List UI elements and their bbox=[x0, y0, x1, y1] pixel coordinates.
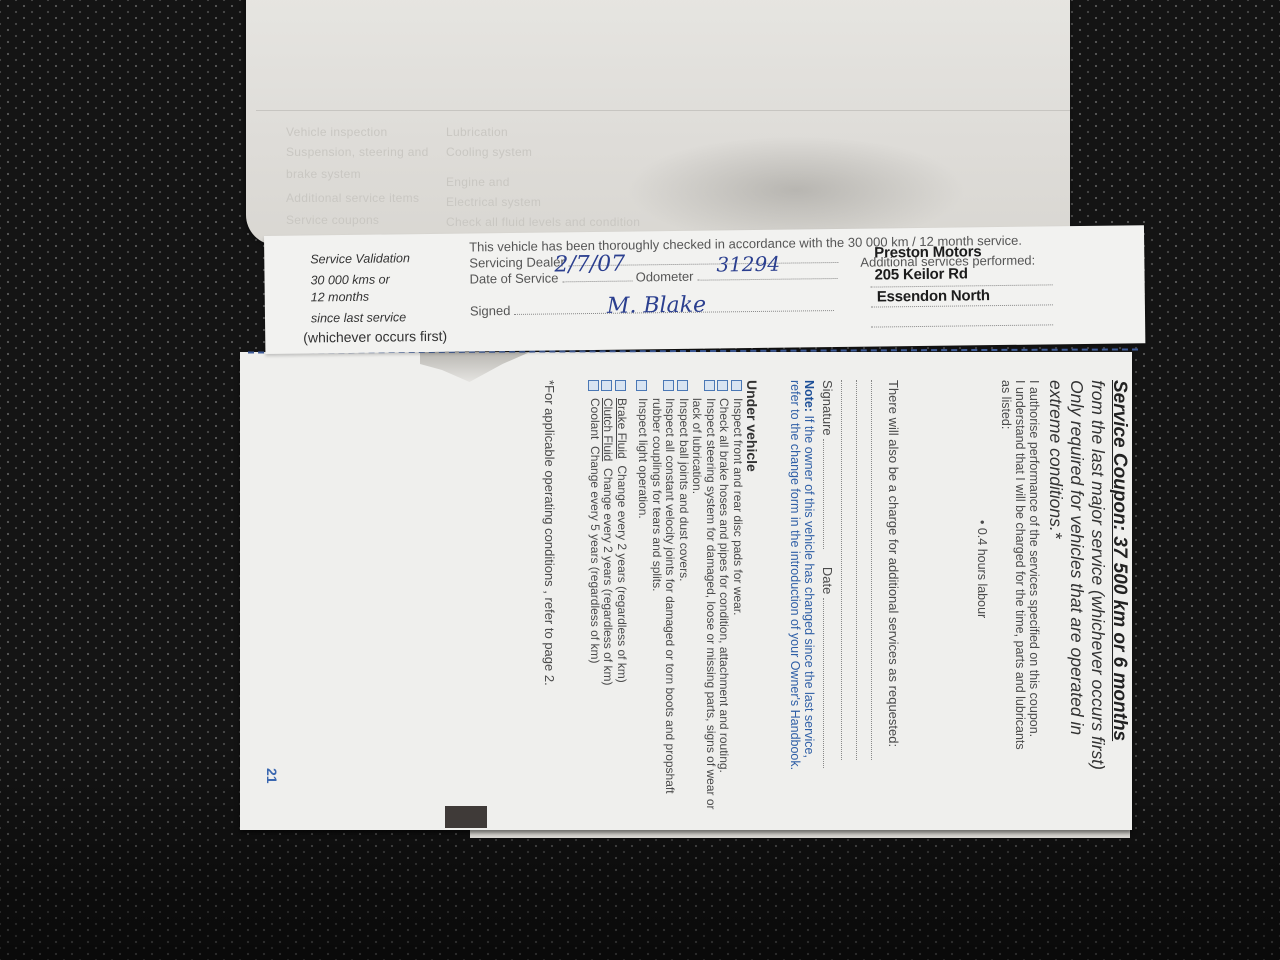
authorise-line: as listed: bbox=[999, 380, 1013, 820]
handwritten-date: 2/7/07 bbox=[554, 252, 625, 278]
authorise-line: I understand that I will be charged for … bbox=[1013, 380, 1027, 820]
ghost-text: Service coupons bbox=[286, 213, 379, 227]
service-validation-coupon: Service Validation 30 000 kms or 12 mont… bbox=[264, 225, 1145, 354]
under-vehicle-checklist: Inspect front and rear disc pads for wea… bbox=[636, 380, 744, 820]
ghost-text: Lubrication bbox=[446, 125, 508, 139]
handwritten-odometer: 31294 bbox=[716, 252, 780, 277]
checklist-item[interactable]: Check all brake hoses and pipes for cond… bbox=[717, 380, 731, 820]
checkbox-icon[interactable] bbox=[704, 380, 715, 391]
servicing-dealer-label: Servicing Dealer bbox=[469, 254, 565, 270]
authorisation-text: I authorise performance of the services … bbox=[999, 380, 1041, 820]
owner-change-note: Note: If the owner of this vehicle has c… bbox=[788, 380, 816, 820]
validation-whichever: (whichever occurs first) bbox=[303, 328, 461, 347]
checkbox-icon[interactable] bbox=[602, 380, 613, 391]
fluid-item[interactable]: Clutch Fluid Change every 2 years (regar… bbox=[601, 380, 615, 820]
validation-since: since last service bbox=[311, 309, 461, 328]
checklist-item[interactable]: Inspect steering system for damaged, loo… bbox=[690, 380, 717, 820]
signature-date-row: Signature Date bbox=[820, 380, 835, 820]
validation-title: Service Validation bbox=[310, 250, 460, 269]
subheading-line: Only required for vehicles that are oper… bbox=[1066, 380, 1087, 820]
fluid-checklist: Brake Fluid Change every 2 years (regard… bbox=[588, 380, 629, 820]
additional-services-line[interactable] bbox=[841, 380, 856, 760]
handwritten-signature: M. Blake bbox=[607, 293, 706, 319]
ghost-text: Additional service items bbox=[286, 191, 419, 205]
authorise-line: I authorise performance of the services … bbox=[1027, 380, 1041, 820]
note-label: Note: bbox=[802, 380, 816, 412]
signature-field[interactable] bbox=[823, 439, 835, 549]
checkbox-icon[interactable] bbox=[637, 380, 648, 391]
signed-label: Signed bbox=[470, 303, 511, 318]
dealer-stamp-street: 205 Keilor Rd bbox=[874, 265, 967, 283]
validation-label: Service Validation 30 000 kms or 12 mont… bbox=[310, 250, 461, 347]
footnote: *For applicable operating conditions , r… bbox=[543, 380, 558, 820]
validation-km: 30 000 kms or bbox=[310, 271, 460, 290]
checklist-item[interactable]: Inspect all constant velocity joints for… bbox=[650, 380, 677, 820]
dealer-stamp-suburb: Essendon North bbox=[877, 287, 990, 305]
ghost-text: Electrical system bbox=[446, 195, 541, 209]
note-text: refer to the change form in the introduc… bbox=[788, 380, 802, 820]
page-fold-line bbox=[256, 110, 1070, 111]
ghost-text: Check all fluid levels and condition bbox=[446, 215, 640, 229]
checkbox-icon[interactable] bbox=[615, 380, 626, 391]
ghost-text: Suspension, steering and bbox=[286, 145, 429, 159]
ghost-text: Cooling system bbox=[446, 145, 532, 159]
subheading-line: extreme conditions.* bbox=[1045, 380, 1066, 820]
date-label: Date bbox=[820, 567, 835, 594]
date-of-service-label: Date of Service bbox=[469, 270, 558, 286]
date-field[interactable] bbox=[823, 598, 835, 768]
ghost-text: Engine and bbox=[446, 175, 510, 189]
fluid-item[interactable]: Brake Fluid Change every 2 years (regard… bbox=[615, 380, 629, 820]
checkbox-icon[interactable] bbox=[718, 380, 729, 391]
checklist-item[interactable]: Inspect front and rear disc pads for wea… bbox=[731, 380, 745, 820]
additional-charge-text: There will also be a charge for addition… bbox=[886, 380, 901, 820]
checkbox-icon[interactable] bbox=[731, 380, 742, 391]
top-folded-page: Vehicle inspection Suspension, steering … bbox=[246, 0, 1070, 245]
rotated-page-content: Service Coupon: 37 500 km or 6 months fr… bbox=[260, 380, 1130, 820]
coupon-subheading: from the last major service (whichever o… bbox=[1045, 380, 1108, 820]
subheading-line: from the last major service (whichever o… bbox=[1087, 380, 1108, 820]
ghost-text: brake system bbox=[286, 167, 361, 181]
checklist-item[interactable]: Inspect ball joints and dust covers. bbox=[677, 380, 691, 820]
page-number: 21 bbox=[264, 768, 280, 784]
note-text: If the owner of this vehicle has changed… bbox=[802, 415, 816, 758]
validation-months: 12 months bbox=[311, 288, 461, 307]
labour-hours: • 0.4 hours labour bbox=[975, 520, 989, 820]
checklist-item[interactable]: Inspect light operation. bbox=[636, 380, 650, 820]
ghost-text: Vehicle inspection bbox=[286, 125, 387, 139]
checkbox-icon[interactable] bbox=[664, 380, 675, 391]
coupon-heading: Service Coupon: 37 500 km or 6 months bbox=[1108, 380, 1130, 820]
additional-services-line[interactable] bbox=[871, 324, 1053, 327]
checkbox-icon[interactable] bbox=[677, 380, 688, 391]
under-vehicle-title: Under vehicle bbox=[744, 380, 760, 820]
additional-services-line[interactable] bbox=[871, 380, 886, 760]
checkbox-icon[interactable] bbox=[588, 380, 599, 391]
additional-services-line[interactable] bbox=[856, 380, 871, 760]
odometer-label: Odometer bbox=[636, 269, 694, 285]
fluid-item[interactable]: Coolant Change every 5 years (regardless… bbox=[588, 380, 602, 820]
dealer-stamp-name: Preston Motors bbox=[874, 243, 981, 261]
signature-label: Signature bbox=[820, 380, 835, 436]
